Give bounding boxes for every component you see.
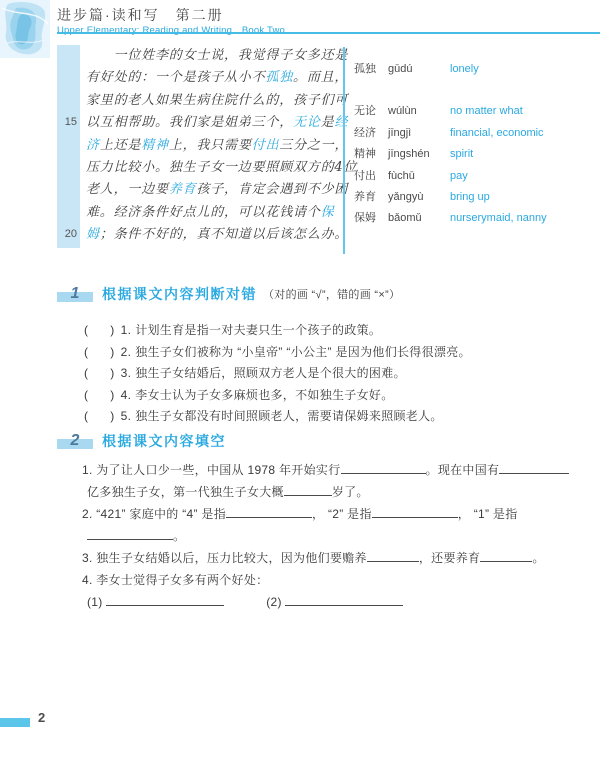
vocab-entry: 保姆bǎomǔnurserymaid, nanny bbox=[354, 208, 600, 229]
footer-accent-bar bbox=[0, 718, 30, 727]
item-text: 。 bbox=[532, 551, 544, 565]
item-text: 独生子女都没有时间照顾老人，需要请保姆来照顾老人。 bbox=[135, 409, 443, 423]
item-text: ， “2” 是指 bbox=[312, 507, 372, 521]
passage-text: ；条件不好的，真不知道以后该怎么办。 bbox=[100, 227, 348, 242]
judge-item: ()1.计划生育是指一对夫妻只生一个孩子的政策。 bbox=[84, 320, 471, 342]
vocab-translation: no matter what bbox=[450, 101, 523, 122]
vocab-word: 付出 bbox=[354, 166, 388, 187]
answer-paren-close: ) bbox=[110, 345, 114, 359]
vocab-translation: nurserymaid, nanny bbox=[450, 208, 547, 229]
answer-paren-open: ( bbox=[84, 388, 88, 402]
highlighted-word: 姆 bbox=[86, 227, 100, 242]
fill-line: 2. “421” 家庭中的 “4” 是指， “2” 是指， “1” 是指 bbox=[82, 503, 550, 525]
header-divider bbox=[57, 32, 600, 34]
vocab-translation: spirit bbox=[450, 144, 473, 165]
answer-paren-close: ) bbox=[110, 366, 114, 380]
highlighted-word: 付出 bbox=[252, 138, 280, 153]
vocab-translation: pay bbox=[450, 166, 468, 187]
passage-line: 压力比较小。独生子女一边要照顾双方的4位 bbox=[86, 157, 342, 179]
passage-line: 家里的老人如果生病住院什么的，孩子们可 bbox=[86, 90, 342, 112]
item-text: 岁了。 bbox=[332, 485, 369, 499]
fill-item: 1. 为了让人口少一些，中国从 1978 年开始实行。现在中国有亿多独生子女，第… bbox=[82, 459, 550, 503]
vocab-word: 孤独 bbox=[354, 59, 388, 80]
passage-line: 姆；条件不好的，真不知道以后该怎么办。 bbox=[86, 224, 342, 246]
passage-text: 。而且， bbox=[293, 70, 348, 85]
answer-paren-close: ) bbox=[110, 323, 114, 337]
page-number: 2 bbox=[38, 710, 45, 725]
answer-paren-open: ( bbox=[84, 409, 88, 423]
fill-line: 3. 独生子女结婚以后，压力比较大，因为他们要赡养，还要养育。 bbox=[82, 547, 550, 569]
fill-line: 。 bbox=[82, 525, 550, 547]
judge-item: ()4.李女士认为子女多麻烦也多，不如独生子女好。 bbox=[84, 385, 471, 407]
exercise-number: 2 bbox=[57, 431, 93, 451]
fill-blank bbox=[87, 526, 173, 540]
vocab-pinyin: jīngshén bbox=[388, 144, 450, 165]
vocab-entry: 精神jīngshénspirit bbox=[354, 144, 600, 165]
vocab-translation: bring up bbox=[450, 187, 490, 208]
fill-blank bbox=[367, 548, 419, 562]
judge-item: ()3.独生子女结婚后，照顾双方老人是个很大的困难。 bbox=[84, 363, 471, 385]
fill-blank bbox=[480, 548, 532, 562]
highlighted-word: 精神 bbox=[141, 138, 169, 153]
vocab-word: 精神 bbox=[354, 144, 388, 165]
exercise-2-title: 根据课文内容填空 bbox=[102, 431, 226, 451]
exercise-2-heading: 2 根据课文内容填空 bbox=[57, 431, 226, 451]
answer-paren-open: ( bbox=[84, 323, 88, 337]
fill-blank bbox=[284, 482, 332, 496]
item-number: 1. bbox=[121, 323, 132, 337]
fill-item: 4. 李女士觉得子女多有两个好处：(1) (2) bbox=[82, 569, 550, 613]
fill-item: 2. “421” 家庭中的 “4” 是指， “2” 是指， “1” 是指。 bbox=[82, 503, 550, 547]
vocab-pinyin: bǎomǔ bbox=[388, 208, 450, 229]
item-text: (2) bbox=[266, 595, 285, 609]
item-number: 4. bbox=[121, 388, 132, 402]
passage-text: 压力比较小。独生子女一边要照顾双方的4位 bbox=[86, 160, 357, 175]
item-text: 计划生育是指一对夫妻只生一个孩子的政策。 bbox=[135, 323, 381, 337]
judge-items: ()1.计划生育是指一对夫妻只生一个孩子的政策。()2.独生子女们被称为 “小皇… bbox=[84, 320, 471, 428]
passage-text: 难。经济条件好点儿的，可以花钱请个 bbox=[86, 205, 321, 220]
vocab-word: 经济 bbox=[354, 123, 388, 144]
passage-line: 一位姓李的女士说，我觉得子女多还是 bbox=[86, 45, 342, 67]
line-number: 20 bbox=[65, 228, 77, 240]
vocab-entry: 无论wúlùnno matter what bbox=[354, 101, 600, 122]
passage-text: 三分之一， bbox=[279, 138, 348, 153]
vocab-entry: 经济jīngjìfinancial, economic bbox=[354, 123, 600, 144]
exercise-1-number-badge: 1 bbox=[57, 284, 93, 304]
vocab-pinyin: gūdú bbox=[388, 59, 450, 80]
highlighted-word: 养育 bbox=[169, 182, 197, 197]
vocab-entry: 养育yǎngyùbring up bbox=[354, 187, 600, 208]
answer-paren-close: ) bbox=[110, 388, 114, 402]
highlighted-word: 无论 bbox=[293, 115, 321, 130]
item-text: ， “1” 是指 bbox=[458, 507, 518, 521]
fill-blank bbox=[499, 460, 569, 474]
watercolor-art-graphic bbox=[0, 0, 50, 58]
item-text: 4. 李女士觉得子女多有两个好处： bbox=[82, 573, 268, 587]
passage-text: 上，我只需要 bbox=[169, 138, 252, 153]
highlighted-word: 经 bbox=[334, 115, 348, 130]
answer-paren-open: ( bbox=[84, 345, 88, 359]
passage-line: 有好处的：一个是孩子从小不孤独。而且， bbox=[86, 67, 342, 89]
item-text: 3. 独生子女结婚以后，压力比较大，因为他们要赡养 bbox=[82, 551, 367, 565]
vocab-pinyin: jīngjì bbox=[388, 123, 450, 144]
item-text: 独生子女们被称为 “小皇帝” “小公主” 是因为他们长得很漂亮。 bbox=[135, 345, 471, 359]
item-text: ，还要养育 bbox=[419, 551, 481, 565]
item-text: 独生子女结婚后，照顾双方老人是个很大的困难。 bbox=[135, 366, 406, 380]
passage-line: 难。经济条件好点儿的，可以花钱请个保 bbox=[86, 202, 342, 224]
passage-text: 是 bbox=[321, 115, 335, 130]
fill-blank bbox=[285, 592, 403, 606]
fill-blank bbox=[341, 460, 426, 474]
answer-paren-close: ) bbox=[110, 409, 114, 423]
fill-item: 3. 独生子女结婚以后，压力比较大，因为他们要赡养，还要养育。 bbox=[82, 547, 550, 569]
fill-blank bbox=[372, 504, 458, 518]
item-text: (1) bbox=[87, 595, 106, 609]
passage-line: 济上还是精神上，我只需要付出三分之一， bbox=[86, 135, 342, 157]
fill-line: 1. 为了让人口少一些，中国从 1978 年开始实行。现在中国有 bbox=[82, 459, 550, 481]
item-text: 李女士认为子女多麻烦也多，不如独生子女好。 bbox=[135, 388, 393, 402]
vocab-translation: financial, economic bbox=[450, 123, 544, 144]
passage-lines: 一位姓李的女士说，我觉得子女多还是有好处的：一个是孩子从小不孤独。而且，家里的老… bbox=[86, 45, 342, 247]
passage-text: 上还是 bbox=[100, 138, 141, 153]
fill-blank bbox=[226, 504, 312, 518]
highlighted-word: 保 bbox=[321, 205, 335, 220]
exercise-1-heading: 1 根据课文内容判断对错 （对的画 “√”，错的画 “×”） bbox=[57, 284, 400, 304]
line-number: 15 bbox=[65, 116, 77, 128]
fill-line: 亿多独生子女，第一代独生子女大概岁了。 bbox=[82, 481, 550, 503]
highlighted-word: 孤独 bbox=[265, 70, 293, 85]
vocab-word: 无论 bbox=[354, 101, 388, 122]
passage-text: 孩子，肯定会遇到不少困 bbox=[196, 182, 348, 197]
judge-item: ()5.独生子女都没有时间照顾老人，需要请保姆来照顾老人。 bbox=[84, 406, 471, 428]
item-text: 。 bbox=[173, 529, 185, 543]
answer-paren-open: ( bbox=[84, 366, 88, 380]
exercise-1-title: 根据课文内容判断对错 bbox=[102, 284, 257, 304]
fill-line: (1) (2) bbox=[82, 591, 550, 613]
passage-line: 以互相帮助。我们家是姐弟三个，无论是经 bbox=[86, 112, 342, 134]
exercise-number: 1 bbox=[57, 284, 93, 304]
vocab-pinyin: fùchū bbox=[388, 166, 450, 187]
vocab-word: 保姆 bbox=[354, 208, 388, 229]
fill-blank bbox=[106, 592, 224, 606]
passage-line: 老人，一边要养育孩子，肯定会遇到不少困 bbox=[86, 179, 342, 201]
item-number: 2. bbox=[121, 345, 132, 359]
vocabulary-panel: 孤独gūdúlonely无论wúlùnno matter what经济jīngj… bbox=[354, 59, 600, 230]
fill-line: 4. 李女士觉得子女多有两个好处： bbox=[82, 569, 550, 591]
item-text: 2. “421” 家庭中的 “4” 是指 bbox=[82, 507, 226, 521]
exercise-1-instructions: （对的画 “√”，错的画 “×”） bbox=[263, 286, 400, 302]
line-number-gutter: 1520 bbox=[57, 45, 80, 248]
vocab-word: 养育 bbox=[354, 187, 388, 208]
fill-items: 1. 为了让人口少一些，中国从 1978 年开始实行。现在中国有亿多独生子女，第… bbox=[82, 459, 550, 613]
item-number: 5. bbox=[121, 409, 132, 423]
item-text: 亿多独生子女，第一代独生子女大概 bbox=[87, 485, 284, 499]
highlighted-word: 济 bbox=[86, 138, 100, 153]
item-number: 3. bbox=[121, 366, 132, 380]
passage-text: 以互相帮助。我们家是姐弟三个， bbox=[86, 115, 293, 130]
exercise-2-number-badge: 2 bbox=[57, 431, 93, 451]
item-text: 。现在中国有 bbox=[426, 463, 500, 477]
passage-text: 家里的老人如果生病住院什么的，孩子们可 bbox=[86, 93, 348, 108]
passage-text: 有好处的：一个是孩子从小不 bbox=[86, 70, 265, 85]
passage-text: 一位姓李的女士说，我觉得子女多还是 bbox=[86, 48, 348, 63]
vocab-translation: lonely bbox=[450, 59, 479, 80]
judge-item: ()2.独生子女们被称为 “小皇帝” “小公主” 是因为他们长得很漂亮。 bbox=[84, 342, 471, 364]
vocab-entry: 付出fùchūpay bbox=[354, 166, 600, 187]
passage-vocab-divider bbox=[343, 47, 345, 254]
vocab-entry: 孤独gūdúlonely bbox=[354, 59, 600, 80]
vocab-pinyin: wúlùn bbox=[388, 101, 450, 122]
passage-text: 老人，一边要 bbox=[86, 182, 169, 197]
item-text: 1. 为了让人口少一些，中国从 1978 年开始实行 bbox=[82, 463, 341, 477]
vocab-pinyin: yǎngyù bbox=[388, 187, 450, 208]
